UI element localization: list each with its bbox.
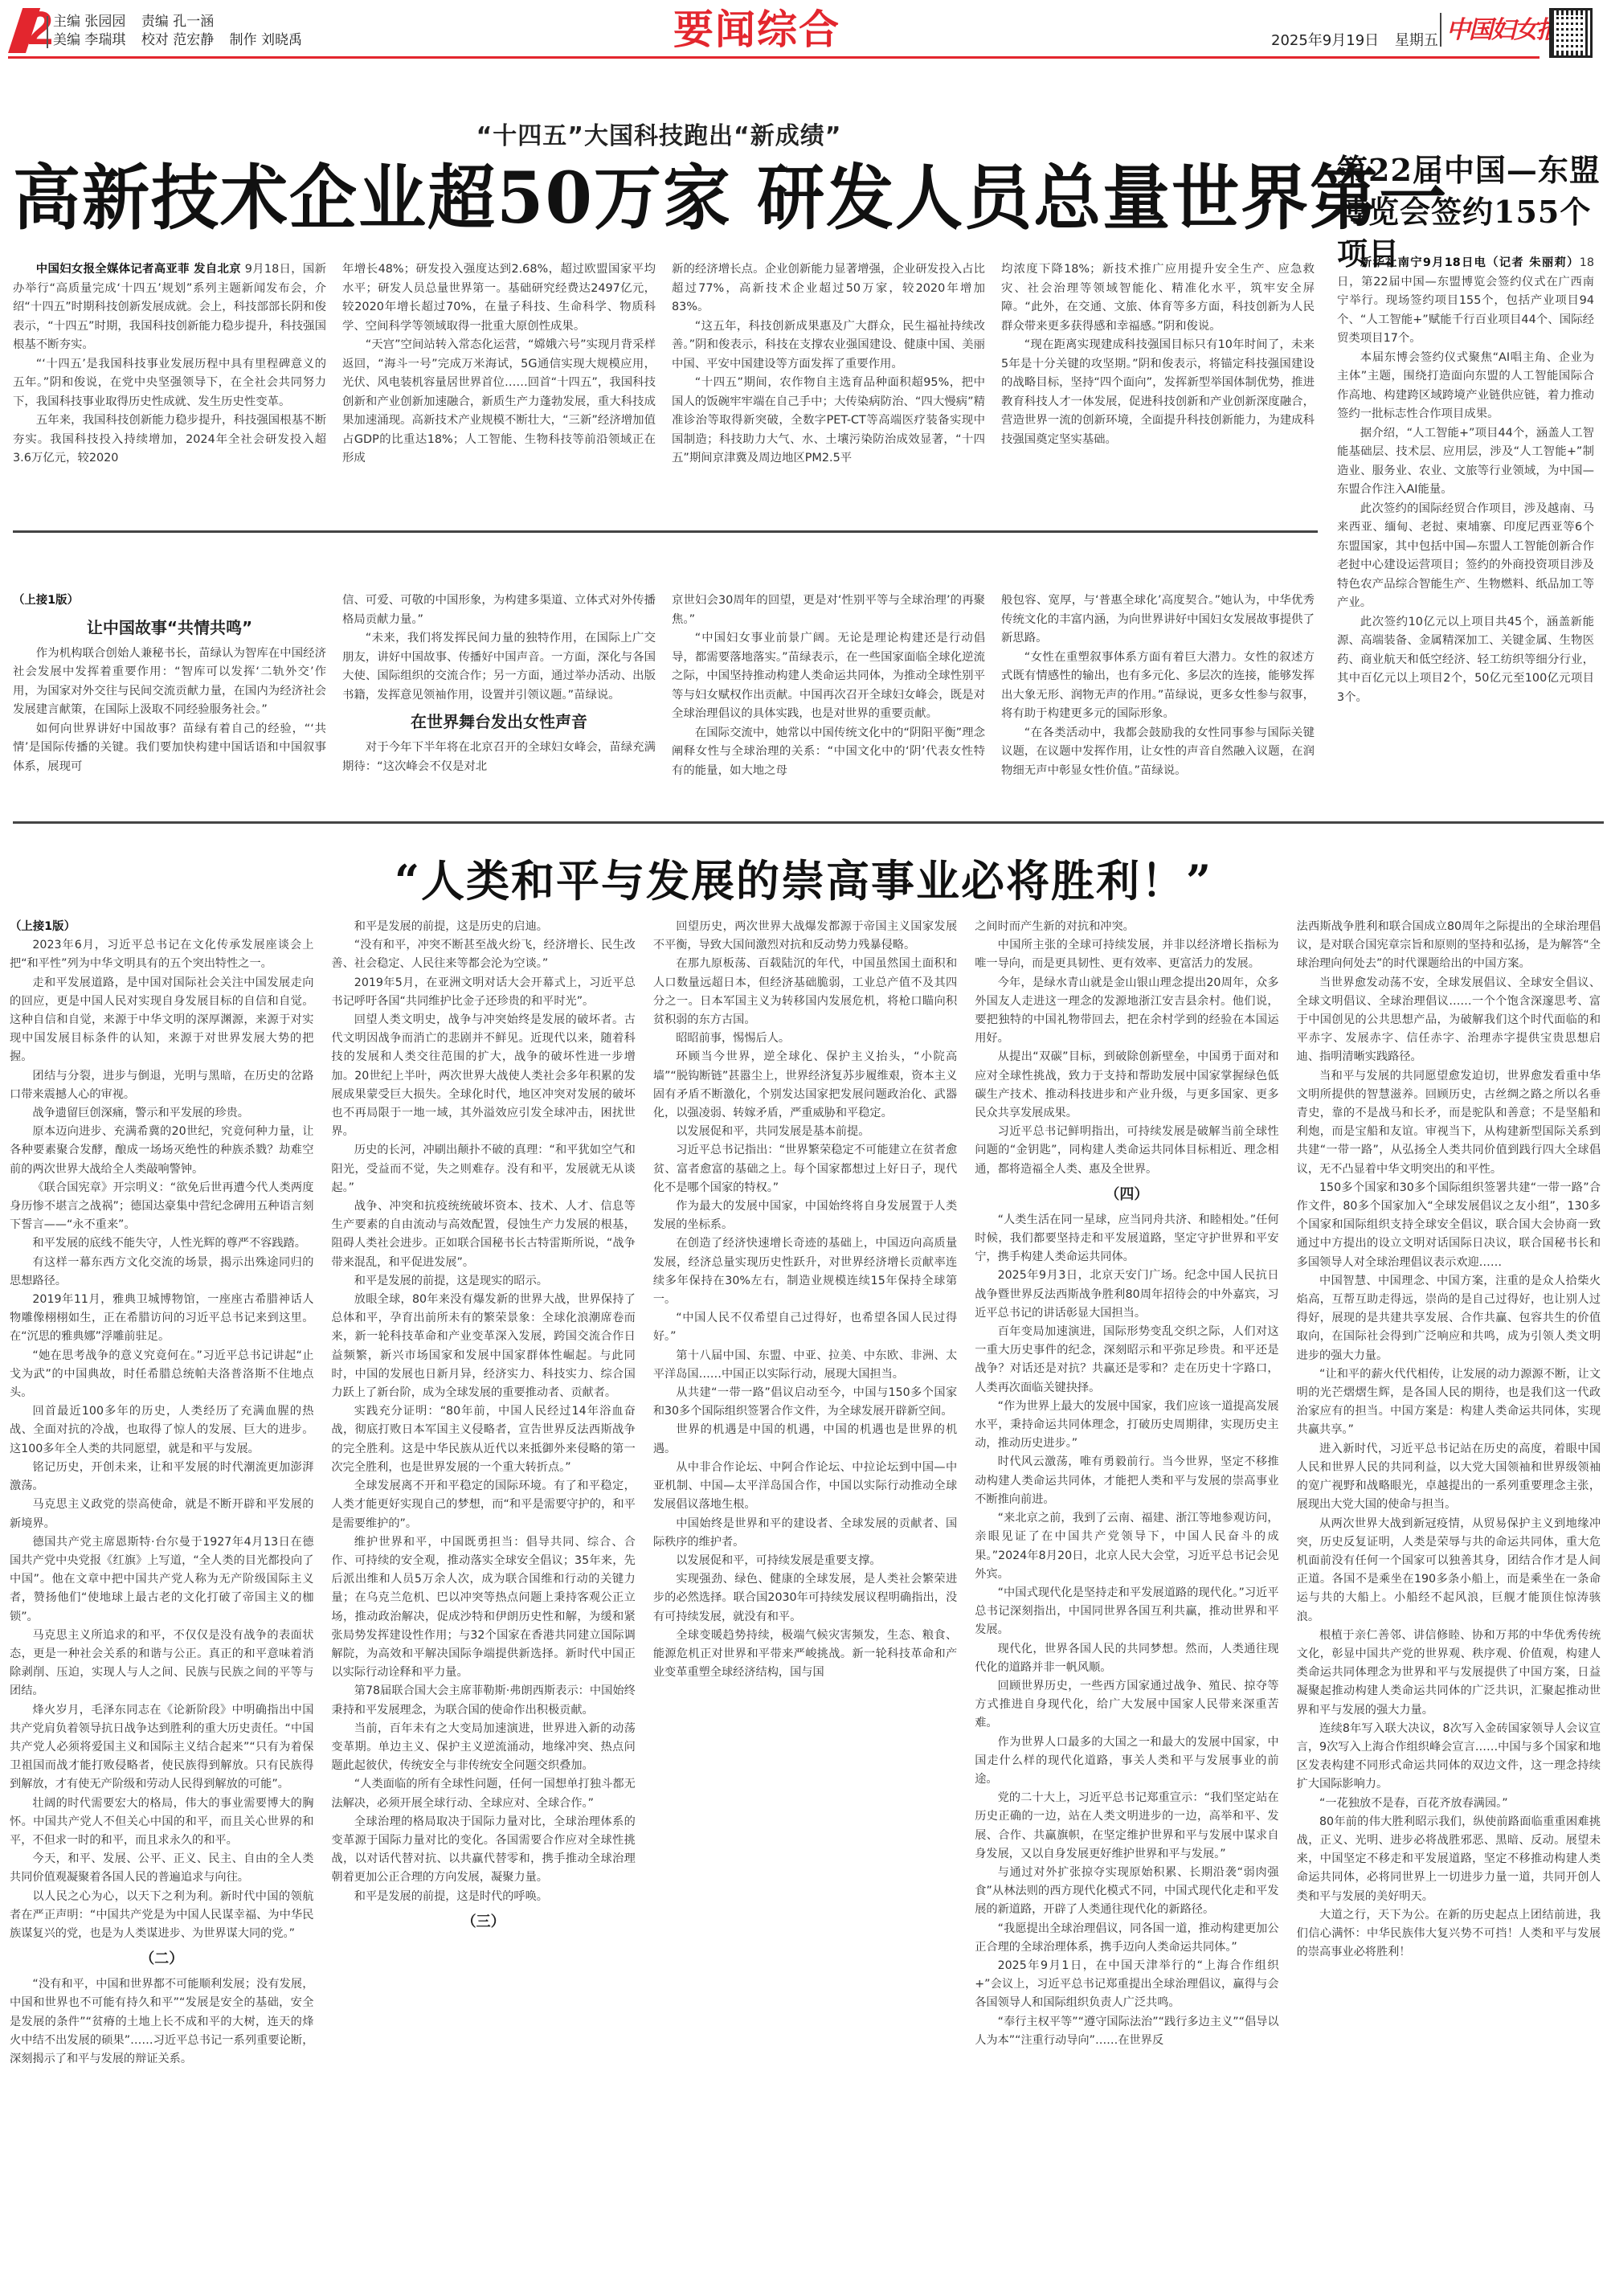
paragraph: 现代化，世界各国人民的共同梦想。然而，人类通往现代化的道路并非一帆风顺。	[975, 1640, 1278, 1677]
bottom-story-column-5: 法西斯战争胜利和联合国成立80周年之际提出的全球治理倡议，是对联合国宪章宗旨和原…	[1297, 918, 1601, 2292]
proofreader: 校对 范宏静	[141, 32, 214, 48]
paragraph: “让和平的薪火代代相传，让发展的动力源源不断，让文明的光芒熠熠生辉，是各国人民的…	[1297, 1365, 1601, 1440]
bottom-story-column-3: 回望历史，两次世界大战爆发都源于帝国主义国家发展不平衡，导致大国间激烈对抗和反动…	[653, 918, 957, 2292]
paragraph: 全球变暖趋势持续，极端气候灾害频发，生态、粮食、能源危机正对世界和平带来严峻挑战…	[653, 1627, 957, 1683]
paragraph: 当前，百年未有之大变局加速演进，世界进入新的动荡变革期。单边主义、保护主义逆流涌…	[331, 1720, 635, 1776]
chief-editor: 主编 张园园	[53, 14, 125, 30]
interview-column-3: 京世妇会30周年的回望，更是对‘性别平等与全球治理’的再聚焦。” “中国妇女事业…	[672, 591, 985, 841]
paragraph: 与通过对外扩张掠夺实现原始积累、长期沿袭“弱肉强食”从林法则的西方现代化模式不同…	[975, 1864, 1278, 1920]
part-three-label: （三）	[331, 1906, 635, 1938]
paragraph: “‘十四五’是我国科技事业发展历程中具有里程碑意义的五年。”阴和俊说，在党中央坚…	[13, 355, 326, 412]
paragraph: 习近平总书记鲜明指出，可持续发展是破解当前全球性问题的“金钥匙”，同构建人类命运…	[975, 1123, 1278, 1179]
paragraph: 2019年5月，在亚洲文明对话大会开幕式上，习近平总书记呼吁各国“共同维护比金子…	[331, 974, 635, 1011]
paragraph: 实践充分证明：“80年前，中国人民经过14年浴血奋战，彻底打败日本军国主义侵略者…	[331, 1402, 635, 1477]
paragraph: “未来，我们将发挥民间力量的独特作用，在国际上广交朋友，讲好中国故事、传播好中国…	[342, 629, 656, 705]
paragraph: 全球治理的格局取决于国际力量对比，全球治理体系的变革源于国际力量对比的变化。各国…	[331, 1813, 635, 1888]
interview-column-1: （上接1版） 让中国故事“共情共鸣” 作为机构联合创始人兼秘书长，苗绿认为智库在…	[13, 591, 326, 841]
page-number-badge: 2	[8, 8, 48, 53]
section-divider	[13, 530, 1318, 533]
top-story-headline: 高新技术企业超50万家 研发人员总量世界第一	[13, 158, 1315, 239]
paragraph: 有这样一幕东西方文化交流的场景，揭示出殊途同归的思想路径。	[10, 1254, 313, 1291]
paragraph: “来北京之前，我到了云南、福建、浙江等地参观访问，亲眼见证了在中国共产党领导下，…	[975, 1509, 1278, 1584]
paragraph: 战争遗留巨创深痛，警示和平发展的珍贵。	[10, 1104, 313, 1123]
paragraph: 般包容、宽厚，与‘普惠全球化’高度契合。”她认为，中华优秀传统文化的丰富内涵，为…	[1001, 591, 1315, 649]
paragraph: 之间时而产生新的对抗和冲突。	[975, 918, 1278, 936]
paragraph: “天宫”空间站转入常态化运营，“嫦娥六号”实现月背采样返回，“海斗一号”完成万米…	[342, 336, 656, 469]
paragraph: 2025年9月1日，在中国天津举行的“上海合作组织+”会议上，习近平总书记郑重提…	[975, 1957, 1278, 2013]
paragraph: 法西斯战争胜利和联合国成立80周年之际提出的全球治理倡议，是对联合国宪章宗旨和原…	[1297, 918, 1601, 974]
top-story-column-1: 中国妇女报全媒体记者高亚菲 发自北京 9月18日，国新办举行“高质量完成‘十四五…	[13, 260, 326, 511]
paragraph: 9月18日，国新办举行“高质量完成‘十四五’规划”系列主题新闻发布会，介绍“十四…	[13, 263, 326, 351]
paragraph: 进入新时代，习近平总书记站在历史的高度，着眼中国人民和世界人民的共同利益，以大党…	[1297, 1440, 1601, 1515]
paragraph: 新的经济增长点。企业创新能力显著增强，企业研发投入占比超过77%，高新技术企业超…	[672, 260, 985, 317]
paragraph: 18日，第22届中国—东盟博览会签约仪式在广西南宁举行。现场签约项目155个，包…	[1337, 256, 1594, 345]
paragraph: 京世妇会30周年的回望，更是对‘性别平等与全球治理’的再聚焦。”	[672, 591, 985, 629]
paragraph: “女性在重塑叙事体系方面有着巨大潜力。女性的叙述方式既有情感性的输出，也有多元化…	[1001, 649, 1315, 724]
paragraph: 均浓度下降18%；新技术推广应用提升安全生产、应急救灾、社会治理等领域智能化、精…	[1001, 260, 1315, 336]
part-four-label: （四）	[975, 1179, 1278, 1211]
paragraph: 环顾当今世界，逆全球化、保护主义抬头，“小院高墙”“脱钩断链”甚嚣尘上，世界经济…	[653, 1048, 957, 1123]
paragraph: “十四五”期间，农作物自主选育品种面积超95%，把中国人的饭碗牢牢端在自己手中；…	[672, 374, 985, 469]
paragraph: 作为世界人口最多的大国之一和最大的发展中国家，中国走什么样的现代化道路，事关人类…	[975, 1733, 1278, 1790]
interview-body: （上接1版） 让中国故事“共情共鸣” 作为机构联合创始人兼秘书长，苗绿认为智库在…	[13, 591, 1318, 841]
paragraph: 铭记历史，开创未来，让和平发展的时代潮流更加澎湃激荡。	[10, 1459, 313, 1496]
paragraph: 马克思主义政党的崇高使命，就是不断开辟和平发展的新境界。	[10, 1496, 313, 1533]
paragraph: “她在思考战争的意义究竟何在。”习近平总书记讲起“止戈为武”的中国典故，时任希腊…	[10, 1347, 313, 1403]
paragraph: 80年前的伟大胜利昭示我们，纵使前路面临重重困难挑战，正义、光明、进步必将战胜邪…	[1297, 1813, 1601, 1906]
paragraph: “中国人民不仅希望自己过得好，也希望各国人民过得好。”	[653, 1309, 957, 1346]
interview-subhead-2: 在世界舞台发出女性声音	[342, 708, 656, 735]
paragraph: “一花独放不是春，百花齐放春满园。”	[1297, 1795, 1601, 1813]
paragraph: 和平是发展的前提，这是现实的昭示。	[331, 1272, 635, 1291]
paragraph: 世界的机遇是中国的机遇，中国的机遇也是世界的机遇。	[653, 1421, 957, 1458]
paragraph: 《联合国宪章》开宗明义：“欲免后世再遭今代人类两度身历惨不堪言之战祸”；德国达豪…	[10, 1179, 313, 1235]
paragraph: 以发展促和平，共同发展是基本前提。	[653, 1123, 957, 1141]
side-story-byline: 新华社南宁9月18日电（记者 朱丽莉）	[1360, 256, 1580, 269]
date-text: 2025年9月19日	[1271, 32, 1379, 49]
paragraph: 壮阔的时代需要宏大的格局，伟大的事业需要博大的胸怀。中国共产党人不但关心中国的和…	[10, 1795, 313, 1851]
interview-subhead-1: 让中国故事“共情共鸣”	[13, 614, 326, 641]
paragraph: “奉行主权平等”“遵守国际法治”“践行多边主义”“倡导以人为本”“注重行动导向”…	[975, 2013, 1278, 2050]
section-divider	[13, 821, 1604, 824]
paragraph: “没有和平，中国和世界都不可能顺利发展；没有发展，中国和世界也不可能有持久和平”…	[10, 1975, 313, 2069]
paragraph: “人类面临的所有全球性问题，任何一国想单打独斗都无法解决，必须开展全球行动、全球…	[331, 1775, 635, 1812]
paragraph: 此次签约10亿元以上项目共45个，涵盖新能源、高端装备、金属精深加工、关键金属、…	[1337, 613, 1594, 708]
paragraph: 放眼全球，80年来没有爆发新的世界大战，世界保持了总体和平，孕育出前所未有的繁荣…	[331, 1291, 635, 1402]
top-story-body: 中国妇女报全媒体记者高亚菲 发自北京 9月18日，国新办举行“高质量完成‘十四五…	[13, 260, 1318, 511]
paragraph: 马克思主义所追求的和平，不仅仅是没有战争的表面状态，更是一种社会关系的和谐与公正…	[10, 1627, 313, 1701]
paragraph: 当世界愈发动荡不安，全球发展倡议、全球安全倡议、全球文明倡议、全球治理倡议……一…	[1297, 974, 1601, 1067]
paragraph: 时代风云激荡，唯有勇毅前行。当今世界，坚定不移推动构建人类命运共同体，才能把人类…	[975, 1453, 1278, 1509]
paragraph: 2019年11月，雅典卫城博物馆，一座座古希腊神话人物雕像栩栩如生，正在希腊访问…	[10, 1291, 313, 1347]
paragraph: 根植于亲仁善邻、讲信修睦、协和万邦的中华优秀传统文化，彰显中国共产党的世界观、秩…	[1297, 1627, 1601, 1720]
paragraph: 此次签约的国际经贸合作项目，涉及越南、马来西亚、缅甸、老挝、柬埔寨、印度尼西亚等…	[1337, 500, 1594, 613]
top-story-byline: 中国妇女报全媒体记者高亚菲 发自北京	[36, 263, 241, 276]
paragraph: 在创造了经济快速增长奇迹的基础上，中国迈向高质量发展，经济总量实现历史性跃升，对…	[653, 1234, 957, 1309]
paragraph: 据介绍，“人工智能+”项目44个，涵盖人工智能基础层、技术层、应用层，涉及“人工…	[1337, 424, 1594, 500]
producer: 制作 刘晓禹	[230, 32, 302, 48]
paragraph: “中国式现代化是坚持走和平发展道路的现代化。”习近平总书记深刻指出，中国同世界各…	[975, 1584, 1278, 1640]
paragraph: 回望历史，两次世界大战爆发都源于帝国主义国家发展不平衡，导致大国间激烈对抗和反动…	[653, 918, 957, 955]
editor-credits: 主编 张园园 责编 孔一涵 美编 李瑞琪 校对 范宏静 制作 刘晓禹	[53, 13, 313, 50]
interview-column-2: 信、可爱、可敬的中国形象，为构建多渠道、立体式对外传播格局贡献力量。” “未来，…	[342, 591, 656, 841]
paragraph: 和平发展的底线不能失守，人性光辉的尊严不容践踏。	[10, 1234, 313, 1253]
paragraph: 五年来，我国科技创新能力稳步提升，科技强国根基不断夯实。我国科技投入持续增加，2…	[13, 411, 326, 469]
bottom-story-column-2: 和平是发展的前提，这是历史的启迪。 “没有和平，冲突不断甚至战火纷飞，经济增长、…	[331, 918, 635, 2292]
paragraph: 本届东博会签约仪式聚焦“AI唱主角、企业为主体”主题，围绕打造面向东盟的人工智能…	[1337, 349, 1594, 424]
paragraph: “这五年，科技创新成果惠及广大群众，民生福祉持续改善。”阴和俊表示，科技在支撑农…	[672, 317, 985, 374]
paragraph: 150多个国家和30多个国际组织签署共建“一带一路”合作文件，80多个国家加入“…	[1297, 1179, 1601, 1272]
masthead-red-rule	[8, 56, 1540, 59]
paragraph: “在各类活动中，我都会鼓励我的女性同事参与国际关键议题，在议题中发挥作用，让女性…	[1001, 724, 1315, 781]
paragraph: 从两次世界大战到新冠疫情，从贸易保护主义到地缘冲突，历史反复证明，人类是荣辱与共…	[1297, 1515, 1601, 1627]
paragraph: 大道之行，天下为公。在新的历史起点上团结前进，我们信心满怀：中华民族伟大复兴势不…	[1297, 1906, 1601, 1962]
paragraph: “我愿提出全球治理倡议，同各国一道，推动构建更加公正合理的全球治理体系，携手迈向…	[975, 1920, 1278, 1957]
paragraph: 对于今年下半年将在北京召开的全球妇女峰会，苗绿充满期待：“这次峰会不仅是对北	[342, 739, 656, 776]
paragraph: 历史的长河，冲刷出颠扑不破的真理：“和平犹如空气和阳光，受益而不觉，失之则难存。…	[331, 1141, 635, 1197]
part-two-label: （二）	[10, 1943, 313, 1975]
top-story-kicker: “十四五”大国科技跑出“新成绩”	[0, 122, 1318, 151]
paragraph: 原本迈向进步、充满希冀的20世纪，究竟何种力量，让各种要素聚合发酵，酿成一场场灭…	[10, 1123, 313, 1179]
bottom-story-headline: “人类和平与发展的崇高事业必将胜利！”	[0, 853, 1607, 908]
paragraph: 今年，是绿水青山就是金山银山理念提出20周年，众多外国友人走进这一理念的发源地浙…	[975, 974, 1278, 1049]
paragraph: 今天，和平、发展、公平、正义、民主、自由的全人类共同价值观凝聚着各国人民的普遍追…	[10, 1850, 313, 1887]
paragraph: 连续8年写入联大决议，8次写入金砖国家领导人会议宣言，9次写入上海合作组织峰会宣…	[1297, 1720, 1601, 1795]
newspaper-logo: 中国妇女报	[1446, 14, 1559, 47]
bottom-story-column-4: 之间时而产生新的对抗和冲突。 中国所主张的全球可持续发展，并非以经济增长指标为唯…	[975, 918, 1278, 2292]
paragraph: 烽火岁月，毛泽东同志在《论新阶段》中明确指出中国共产党肩负着领导抗日战争达到胜利…	[10, 1701, 313, 1795]
continued-from-page-1: （上接1版）	[13, 591, 326, 611]
paragraph: 信、可爱、可敬的中国形象，为构建多渠道、立体式对外传播格局贡献力量。”	[342, 591, 656, 629]
paragraph: 作为最大的发展中国家，中国始终将自身发展置于人类发展的坐标系。	[653, 1197, 957, 1234]
paragraph: 在国际交流中，她常以中国传统文化中的“阴阳平衡”理念阐释女性与全球治理的关系：“…	[672, 724, 985, 781]
paragraph: 如何向世界讲好中国故事？苗绿有着自己的经验，“‘共情’是国际传播的关键。我们要加…	[13, 720, 326, 777]
paragraph: 从中非合作论坛、中阿合作论坛、中拉论坛到中国—中亚机制、中国—太平洋岛国合作，中…	[653, 1459, 957, 1515]
paragraph: 德国共产党主席恩斯特·台尔曼于1927年4月13日在德国共产党中央党报《红旗》上…	[10, 1533, 313, 1627]
top-story-column-2: 年增长48%；研发投入强度达到2.68%，超过欧盟国家平均水平；研发人员总量世界…	[342, 260, 656, 511]
paragraph: “现在距离实现建成科技强国目标只有10年时间了，未来5年是十分关键的攻坚期。”阴…	[1001, 336, 1315, 449]
weekday-text: 星期五	[1395, 32, 1438, 49]
top-story-column-4: 均浓度下降18%；新技术推广应用提升安全生产、应急救灾、社会治理等领域智能化、精…	[1001, 260, 1315, 511]
paragraph: 中国始终是世界和平的建设者、全球发展的贡献者、国际秩序的维护者。	[653, 1515, 957, 1552]
duty-editor: 责编 孔一涵	[141, 14, 214, 30]
interview-column-4: 般包容、宽厚，与‘普惠全球化’高度契合。”她认为，中华优秀传统文化的丰富内涵，为…	[1001, 591, 1315, 841]
paragraph: 以人民之心为心，以天下之利为利。新时代中国的领航者在严正声明：“中国共产党是为中…	[10, 1888, 313, 1944]
paragraph: 维护世界和平，中国既勇担当：倡导共同、综合、合作、可持续的安全观，推动落实全球安…	[331, 1533, 635, 1683]
paragraph: 第78届联合国大会主席菲勒斯·弗朗西斯表示：中国始终秉持和平发展理念，为联合国的…	[331, 1682, 635, 1719]
paragraph: 从提出“双碳”目标，到破除创新壁垒，中国勇于面对和应对全球性挑战，致力于支持和帮…	[975, 1048, 1278, 1123]
paragraph: “人类生活在同一星球，应当同舟共济、和睦相处。”任何时候，我们都要坚持走和平发展…	[975, 1211, 1278, 1267]
paragraph: “中国妇女事业前景广阔。无论是理论构建还是行动倡导，都需要落地落实。”苗绿表示，…	[672, 629, 985, 724]
paragraph: 从共建“一带一路”倡议启动至今，中国与150多个国家和30多个国际组织签署合作文…	[653, 1384, 957, 1421]
top-story-column-3: 新的经济增长点。企业创新能力显著增强，企业研发投入占比超过77%，高新技术企业超…	[672, 260, 985, 511]
masthead-divider-right	[1440, 13, 1441, 47]
paragraph: 2025年9月3日，北京天安门广场。纪念中国人民抗日战争暨世界反法西斯战争胜利8…	[975, 1267, 1278, 1323]
paragraph: 第十八届中国、东盟、中亚、拉美、中东欧、非洲、太平洋岛国……中国正以实际行动，展…	[653, 1347, 957, 1384]
paragraph: 实现强劲、绿色、健康的全球发展，是人类社会繁荣进步的必然选择。联合国2030年可…	[653, 1570, 957, 1627]
paragraph: 和平是发展的前提，这是时代的呼唤。	[331, 1888, 635, 1906]
paragraph: 在那九原板荡、百载陆沉的年代，中国虽然国土面积和人口数量远超日本，但经济基础脆弱…	[653, 955, 957, 1029]
section-title: 要闻综合	[673, 5, 840, 55]
paragraph: 习近平总书记指出：“世界繁荣稳定不可能建立在贫者愈贫、富者愈富的基础之上。每个国…	[653, 1141, 957, 1197]
side-story-body: 新华社南宁9月18日电（记者 朱丽莉）18日，第22届中国—东盟博览会签约仪式在…	[1337, 254, 1594, 849]
qr-code-icon[interactable]	[1549, 8, 1593, 58]
masthead-divider	[47, 16, 48, 48]
paragraph: 党的二十大上，习近平总书记郑重宣示：“我们坚定站在历史正确的一边，站在人类文明进…	[975, 1789, 1278, 1864]
paragraph: 年增长48%；研发投入强度达到2.68%，超过欧盟国家平均水平；研发人员总量世界…	[342, 260, 656, 336]
paragraph: “没有和平，冲突不断甚至战火纷飞，经济增长、民生改善、社会稳定、人民往来等都会沦…	[331, 936, 635, 973]
paragraph: 战争、冲突和抗疫统统破坏资本、技术、人才、信息等生产要素的自由流动与高效配置，侵…	[331, 1197, 635, 1272]
paragraph: 作为机构联合创始人兼秘书长，苗绿认为智库在中国经济社会发展中发挥着重要作用：“智…	[13, 645, 326, 720]
art-editor: 美编 李瑞琪	[53, 32, 125, 48]
masthead: 2 主编 张园园 责编 孔一涵 美编 李瑞琪 校对 范宏静 制作 刘晓禹 要闻综…	[0, 0, 1607, 59]
paragraph: 以发展促和平，可持续发展是重要支撑。	[653, 1552, 957, 1570]
paragraph: 中国所主张的全球可持续发展，并非以经济增长指标为唯一导向，而是更具韧性、更有效率…	[975, 936, 1278, 973]
paragraph: 回望人类文明史，战争与冲突始终是发展的破坏者。古代文明因战争而消亡的悲剧并不鲜见…	[331, 1011, 635, 1141]
paragraph: 2023年6月，习近平总书记在文化传承发展座谈会上把“和平性”列为中华文明具有的…	[10, 936, 313, 973]
bottom-story-body: （上接1版） 2023年6月，习近平总书记在文化传承发展座谈会上把“和平性”列为…	[10, 918, 1601, 2292]
paragraph: 团结与分裂，进步与倒退，光明与黑暗，在历史的岔路口带来震撼人心的审视。	[10, 1067, 313, 1104]
issue-date: 2025年9月19日 星期五	[1271, 29, 1438, 50]
paragraph: 回顾世界历史，一些西方国家通过战争、殖民、掠夺等方式推进自身现代化，给广大发展中…	[975, 1677, 1278, 1733]
paragraph: 中国智慧、中国理念、中国方案，注重的是众人拾柴火焰高，互帮互助走得远，崇尚的是自…	[1297, 1272, 1601, 1365]
paragraph: “作为世界上最大的发展中国家，我们应该一道提高发展水平，秉持命运共同体理念，打破…	[975, 1398, 1278, 1454]
paragraph: 昭昭前事，惕惕后人。	[653, 1029, 957, 1048]
paragraph: 当和平与发展的共同愿望愈发迫切，世界愈发看重中华文明所提供的智慧滋养。回顾历史，…	[1297, 1067, 1601, 1179]
paragraph: 回首最近100多年的历史，人类经历了充满血腥的热战、全面对抗的冷战，也取得了惊人…	[10, 1402, 313, 1459]
paragraph: 走和平发展道路，是中国对国际社会关注中国发展走向的回应，更是中国人民对实现自身发…	[10, 974, 313, 1067]
paragraph: 全球发展离不开和平稳定的国际环境。有了和平稳定，人类才能更好实现自己的梦想，而“…	[331, 1477, 635, 1533]
continued-from-page-1: （上接1版）	[10, 918, 313, 936]
paragraph: 和平是发展的前提，这是历史的启迪。	[331, 918, 635, 936]
bottom-story-column-1: （上接1版） 2023年6月，习近平总书记在文化传承发展座谈会上把“和平性”列为…	[10, 918, 313, 2292]
paragraph: 百年变局加速演进，国际形势变乱交织之际，人们对这一重大历史事件的纪念，深刻昭示和…	[975, 1323, 1278, 1398]
